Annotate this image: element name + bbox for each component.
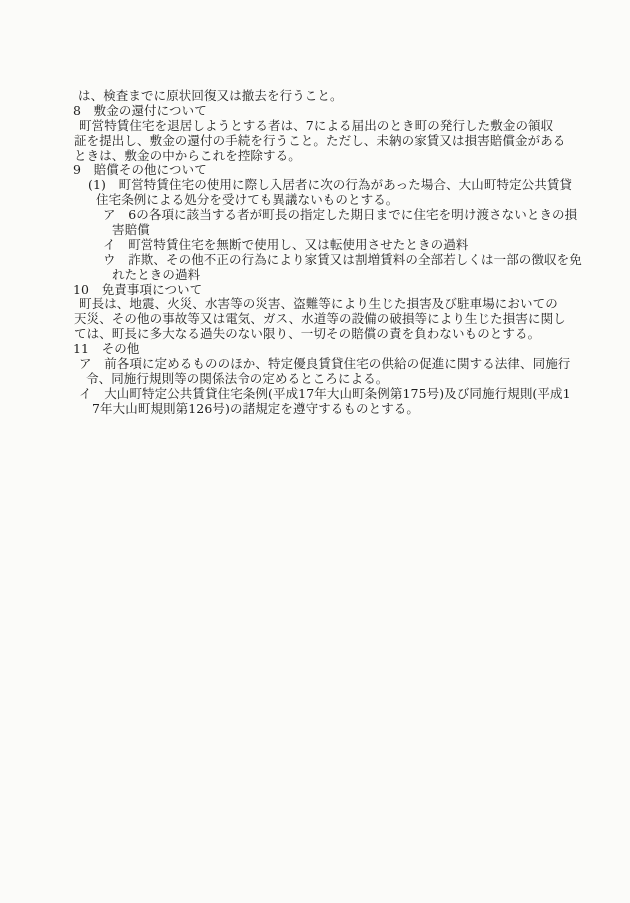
document-line: は、検査までに原状回復又は撤去を行うこと。	[0, 89, 600, 104]
document-line: イ 大山町特定公共賃貸住宅条例(平成17年大山町条例第175号)及び同施行規則(…	[0, 387, 600, 402]
document-line: 11 その他	[0, 342, 600, 357]
document-line: ア 6の各項に該当する者が町長の指定した期日までに住宅を明け渡さないときの損	[0, 208, 600, 223]
document-line: 8 敷金の還付について	[0, 104, 600, 119]
document-line: 住宅条例による処分を受けても異議ないものとする。	[0, 193, 600, 208]
document-line: 令、同施行規則等の関係法令の定めるところによる。	[0, 372, 600, 387]
document-line: ウ 詐欺、その他不正の行為により家賃又は割増賃料の全部若しくは一部の徴収を免	[0, 253, 600, 268]
document-line: (1) 町営特賃住宅の使用に際し入居者に次の行為があった場合、大山町特定公共賃貸	[0, 178, 600, 193]
document-line: 町営特賃住宅を退居しようとする者は、7による届出のとき町の発行した敷金の領収	[0, 119, 600, 134]
document-line: れたときの過料	[0, 268, 600, 283]
document-line: 証を提出し、敷金の還付の手続を行うこと。ただし、未納の家賃又は損害賠償金がある	[0, 134, 600, 149]
document-line: ときは、敷金の中からこれを控除する。	[0, 149, 600, 164]
document-line: 7年大山町規則第126号)の諸規定を遵守するものとする。	[0, 402, 600, 417]
document-line: 害賠償	[0, 223, 600, 238]
document-line: ては、町長に多大なる過失のない限り、一切その賠償の責を負わないものとする。	[0, 327, 600, 342]
document-line: 天災、その他の事故等又は電気、ガス、水道等の設備の破損等により生じた損害に関し	[0, 312, 600, 327]
document-line: イ 町営特賃住宅を無断で使用し、又は転使用させたときの過料	[0, 238, 600, 253]
document-body: は、検査までに原状回復又は撤去を行うこと。8 敷金の還付について町営特賃住宅を退…	[0, 89, 600, 417]
document-line: 10 免責事項について	[0, 283, 600, 298]
document-line: 町長は、地震、火災、水害等の災害、盗難等により生じた損害及び駐車場においての	[0, 297, 600, 312]
document-line: 9 賠償その他について	[0, 163, 600, 178]
document-page: は、検査までに原状回復又は撤去を行うこと。8 敷金の還付について町営特賃住宅を退…	[0, 0, 630, 903]
document-line: ア 前各項に定めるもののほか、特定優良賃貸住宅の供給の促進に関する法律、同施行	[0, 357, 600, 372]
